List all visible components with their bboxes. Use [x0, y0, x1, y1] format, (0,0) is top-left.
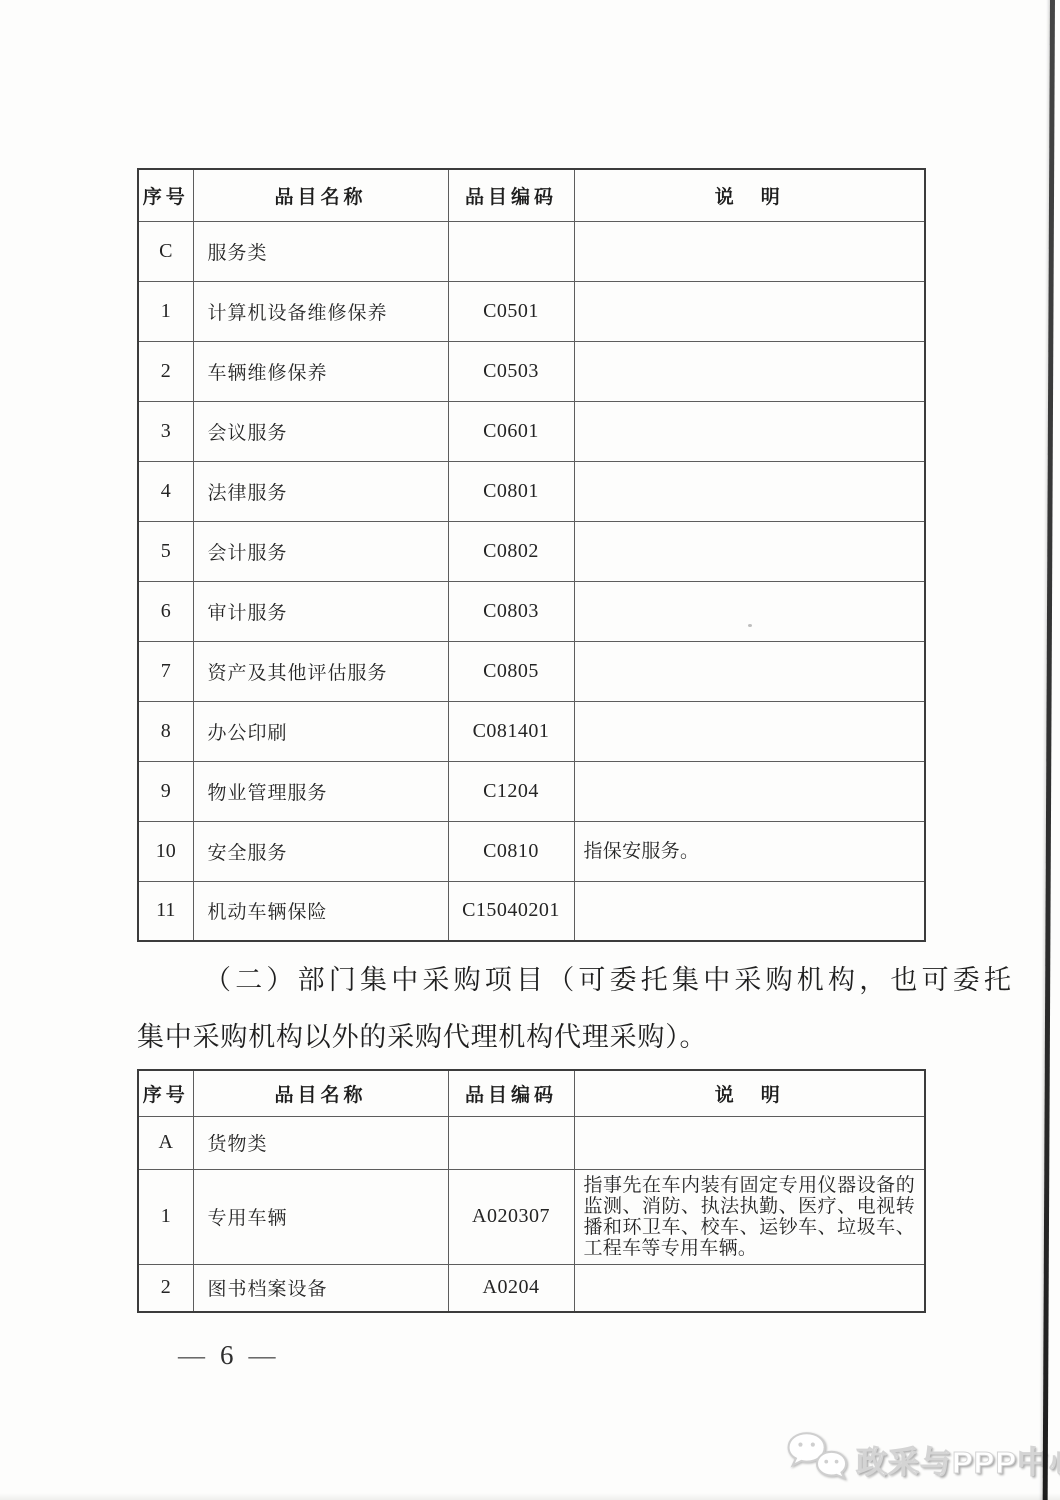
watermark-text: 政采与PPP中心 [856, 1437, 1060, 1482]
table-row: A货物类 [138, 1116, 925, 1169]
cell-name: 服务类 [193, 221, 448, 281]
table-row: 5会计服务C0802 [138, 521, 925, 581]
cell-seq: 1 [138, 281, 193, 341]
scan-edge-artifact [1043, 0, 1055, 1500]
cell-note [574, 701, 925, 761]
table-row: 7资产及其他评估服务C0805 [138, 641, 925, 701]
cell-code [448, 221, 574, 281]
table-row: 3会议服务C0601 [138, 401, 925, 461]
cell-name: 机动车辆保险 [193, 881, 448, 941]
cell-seq: 2 [138, 1264, 193, 1312]
page-number: — 6 — [178, 1340, 276, 1371]
cell-note [574, 581, 925, 641]
cell-seq: 3 [138, 401, 193, 461]
cell-note [574, 641, 925, 701]
cell-name: 会议服务 [193, 401, 448, 461]
cell-name: 货物类 [193, 1116, 448, 1169]
cell-seq: 8 [138, 701, 193, 761]
table-row: 2车辆维修保养C0503 [138, 341, 925, 401]
col-header-note: 说 明 [574, 1070, 925, 1116]
table-row: 4法律服务C0801 [138, 461, 925, 521]
col-header-note: 说 明 [574, 169, 925, 221]
cell-note: 指事先在车内装有固定专用仪器设备的监测、消防、执法执勤、医疗、电视转播和环卫车、… [574, 1169, 925, 1264]
cell-code: C0810 [448, 821, 574, 881]
cell-note [574, 221, 925, 281]
cell-seq: 1 [138, 1169, 193, 1264]
table-row: 10安全服务C0810指保安服务。 [138, 821, 925, 881]
table-row: 8办公印刷C081401 [138, 701, 925, 761]
watermark-logo: 政采与PPP中心 [786, 1430, 1060, 1488]
cell-seq: 4 [138, 461, 193, 521]
col-header-name: 品目名称 [193, 1070, 448, 1116]
page-number-right-dash: — [249, 1340, 276, 1371]
cell-seq: 2 [138, 341, 193, 401]
table-row: C服务类 [138, 221, 925, 281]
section-heading-line2: 集中采购机构以外的采购代理机构代理采购）。 [137, 1015, 707, 1054]
table-row: 2图书档案设备A0204 [138, 1264, 925, 1312]
page-number-left-dash: — [178, 1340, 205, 1371]
col-header-code: 品目编码 [448, 169, 574, 221]
cell-code: C0601 [448, 401, 574, 461]
cell-note [574, 521, 925, 581]
cell-name: 专用车辆 [193, 1169, 448, 1264]
cell-note [574, 1116, 925, 1169]
cell-note [574, 761, 925, 821]
cell-code: C0802 [448, 521, 574, 581]
cell-note: 指保安服务。 [574, 821, 925, 881]
service-items-table: 序号 品目名称 品目编码 说 明 C服务类1计算机设备维修保养C05012车辆维… [137, 168, 926, 942]
cell-name: 办公印刷 [193, 701, 448, 761]
cell-seq: C [138, 221, 193, 281]
cell-code [448, 1116, 574, 1169]
cell-seq: 7 [138, 641, 193, 701]
cell-note [574, 341, 925, 401]
col-header-code: 品目编码 [448, 1070, 574, 1116]
cell-name: 计算机设备维修保养 [193, 281, 448, 341]
cell-note [574, 281, 925, 341]
cell-code: C0805 [448, 641, 574, 701]
cell-name: 图书档案设备 [193, 1264, 448, 1312]
wechat-icon [786, 1431, 850, 1488]
section-heading-line1: （二）部门集中采购项目（可委托集中采购机构，也可委托 [204, 958, 1015, 997]
col-header-name: 品目名称 [193, 169, 448, 221]
scan-speck-artifact [748, 624, 752, 627]
cell-note [574, 461, 925, 521]
cell-name: 会计服务 [193, 521, 448, 581]
table-row: 9物业管理服务C1204 [138, 761, 925, 821]
cell-seq: 11 [138, 881, 193, 941]
cell-code: C0501 [448, 281, 574, 341]
cell-name: 车辆维修保养 [193, 341, 448, 401]
col-header-seq: 序号 [138, 1070, 193, 1116]
table-row: 11机动车辆保险C15040201 [138, 881, 925, 941]
table-row: 1专用车辆A020307指事先在车内装有固定专用仪器设备的监测、消防、执法执勤、… [138, 1169, 925, 1264]
cell-code: A0204 [448, 1264, 574, 1312]
cell-code: C0803 [448, 581, 574, 641]
cell-code: A020307 [448, 1169, 574, 1264]
scan-bottom-smudge [0, 1493, 1060, 1500]
cell-note [574, 401, 925, 461]
cell-name: 审计服务 [193, 581, 448, 641]
cell-name: 物业管理服务 [193, 761, 448, 821]
cell-code: C0503 [448, 341, 574, 401]
cell-seq: 6 [138, 581, 193, 641]
document-page: 序号 品目名称 品目编码 说 明 C服务类1计算机设备维修保养C05012车辆维… [0, 0, 1060, 1500]
cell-code: C081401 [448, 701, 574, 761]
cell-seq: 5 [138, 521, 193, 581]
cell-name: 安全服务 [193, 821, 448, 881]
cell-code: C15040201 [448, 881, 574, 941]
cell-seq: 10 [138, 821, 193, 881]
table-row: 1计算机设备维修保养C0501 [138, 281, 925, 341]
cell-note [574, 881, 925, 941]
goods-items-table: 序号 品目名称 品目编码 说 明 A货物类1专用车辆A020307指事先在车内装… [137, 1069, 926, 1313]
table-header-row: 序号 品目名称 品目编码 说 明 [138, 169, 925, 221]
cell-name: 法律服务 [193, 461, 448, 521]
cell-note [574, 1264, 925, 1312]
cell-code: C0801 [448, 461, 574, 521]
cell-seq: A [138, 1116, 193, 1169]
table-row: 6审计服务C0803 [138, 581, 925, 641]
page-number-value: 6 [220, 1340, 234, 1371]
col-header-seq: 序号 [138, 169, 193, 221]
cell-seq: 9 [138, 761, 193, 821]
cell-code: C1204 [448, 761, 574, 821]
table-header-row: 序号 品目名称 品目编码 说 明 [138, 1070, 925, 1116]
cell-name: 资产及其他评估服务 [193, 641, 448, 701]
